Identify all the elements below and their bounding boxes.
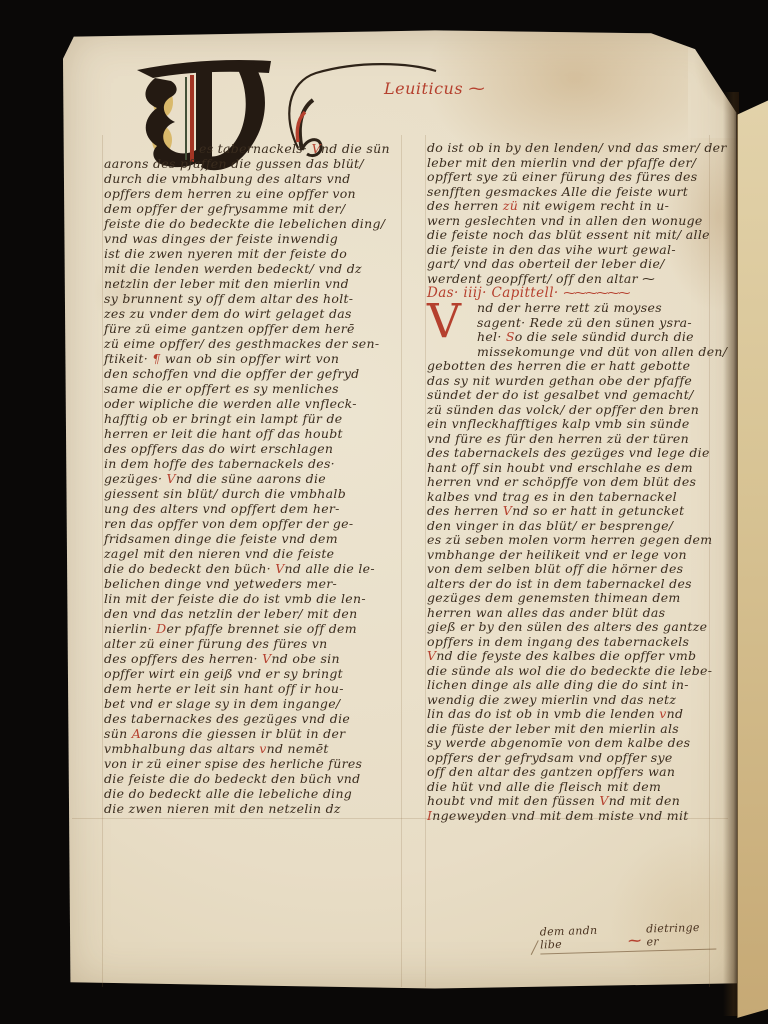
text-line: ung des alters vnd opffert dem her- (104, 501, 402, 516)
text-line: opffert sye zü einer fürung des füres de… (427, 170, 711, 185)
text-line: wendig die zwey mierlin vnd das netz (427, 693, 711, 708)
text-line: oder wipliche die werden alle vnfleck- (104, 396, 402, 411)
text-line: senfften gesmackes Alle die feiste wurt (427, 185, 711, 200)
text-line: gebotten des herren die er hatt gebotte (427, 359, 711, 374)
text-line: vnd füre es für den herren zü der türen (427, 432, 711, 447)
text-line: gezüges· Vnd die süne aarons die (104, 471, 402, 486)
ruling-line-vertical (425, 135, 426, 987)
text-column-right: do ist ob in by den lenden/ vnd das smer… (427, 141, 711, 823)
catchword-red-flourish: ⁓ (628, 934, 642, 949)
text-line: wern geslechten vnd in allen den wonuge (427, 214, 711, 229)
running-title: Leuiticus ⁓ (384, 79, 485, 98)
chapter-rubric: Das· iiij· Capittell· ⁓⁓⁓⁓⁓⁓ (427, 286, 711, 301)
text-line: des herren zü nit ewigem recht in u- (427, 199, 711, 214)
text-line: gart/ vnd das oberteil der leber die/ (427, 257, 711, 272)
text-line: ren das opffer von dem opffer der ge- (104, 516, 402, 531)
column-right-upper: do ist ob in by den lenden/ vnd das smer… (427, 141, 711, 286)
text-line: fridsamen dinge die feiste vnd dem (104, 531, 402, 546)
text-line: die zwen nieren mit den netzelin dz (104, 801, 402, 816)
text-line: zü sünden das volck/ der opffer den bren (427, 403, 711, 418)
text-line: lin mit der feiste die do ist vmb die le… (104, 591, 402, 606)
text-line: sün Aarons die giessen ir blüt in der (104, 726, 402, 741)
text-line: feiste die do bedeckte die lebelichen di… (104, 216, 402, 231)
rubricated-letter: V (167, 471, 176, 486)
text-line: missekomunge vnd düt von allen den/ (427, 345, 711, 360)
rubricated-letter: V (427, 648, 436, 663)
text-line: herren wan alles das ander blüt das (427, 606, 711, 621)
ruling-line-vertical (102, 135, 103, 987)
text-line: die füste der leber mit den mierlin als (427, 722, 711, 737)
text-line: werdent geopffert/ off den altar ⁓ (427, 272, 711, 287)
text-line: es tabernackels· Vnd die sün (104, 141, 402, 156)
text-line: sy werde abgenomīe von dem kalbe des (427, 736, 711, 751)
text-line: vmbhange der heilikeit vnd er lege von (427, 548, 711, 563)
text-line: ist die zwen nyeren mit der feiste do (104, 246, 402, 261)
rubricated-letter: A (132, 726, 141, 741)
text-line: opffers in dem ingang des tabernackels (427, 635, 711, 650)
book-gutter-shadow (723, 92, 739, 1016)
text-line: in dem hoffe des tabernackels des· (104, 456, 402, 471)
rubric-flourish: ⁓⁓⁓⁓⁓⁓ (563, 286, 629, 300)
text-line: sy brunnent sy off dem altar des holt- (104, 291, 402, 306)
text-line: des tabernackes des gezüges vnd die (104, 711, 402, 726)
text-line: vnd was dinges der feiste inwendig (104, 231, 402, 246)
chapter-rubric-text: Das· iiij· Capittell· (427, 285, 559, 301)
text-line: den schoffen vnd die opffer der gefryd (104, 366, 402, 381)
photo-backdrop: Leuiticus ⁓ es tabernackels· Vnd die sün… (0, 0, 768, 1024)
rubricated-letter: V (599, 793, 608, 808)
text-line: ein vnfleckhafftiges kalp vmb sin sünde (427, 417, 711, 432)
rubricated-letter: zü (503, 198, 518, 213)
text-line: Vnd die feyste des kalbes die opffer vmb (427, 649, 711, 664)
text-line: nierlin· Der pfaffe brennet sie off dem (104, 621, 402, 636)
text-line: füre zü eime gantzen opffer dem herē (104, 321, 402, 336)
text-line: durch die vmbhalbung des altars vnd (104, 171, 402, 186)
text-line: von ir zü einer spise des herliche füres (104, 756, 402, 771)
text-line: den vnd das netzlin der leber/ mit den (104, 606, 402, 621)
text-line: dem herte er leit sin hant off ir hou- (104, 681, 402, 696)
text-line: von dem selben blüt off die hörner des (427, 562, 711, 577)
text-line: gieß er by den sülen des alters des gant… (427, 620, 711, 635)
text-line: zagel mit den nieren vnd die feiste (104, 546, 402, 561)
text-line: bet vnd er slage sy in dem ingange/ (104, 696, 402, 711)
text-line: kalbes vnd trag es in den tabernackel (427, 490, 711, 505)
catchword: dem andn libe ⁓ dietringe er (540, 922, 717, 955)
text-line: do ist ob in by den lenden/ vnd das smer… (427, 141, 711, 156)
chapter-four-block: V nd der herre rett zü moysessagent· Red… (427, 301, 711, 823)
text-line: giessent sin blüt/ durch die vmbhalb (104, 486, 402, 501)
text-line: des opffers das do wirt erschlagen (104, 441, 402, 456)
text-line: dem opffer der gefrysamme mit der/ (104, 201, 402, 216)
text-line: lin das do ist ob in vmb die lenden vnd (427, 707, 711, 722)
text-line: die do bedeckt den büch· Vnd alle die le… (104, 561, 402, 576)
text-line: houbt vnd mit den füssen Vnd mit den (427, 794, 711, 809)
chapter-initial-V: V (427, 302, 477, 345)
text-line: mit die lenden werden bedeckt/ vnd dz (104, 261, 402, 276)
text-line: ftikeit· ¶ wan ob sin opffer wirt von (104, 351, 402, 366)
column-right-lower: nd der herre rett zü moysessagent· Rede … (427, 301, 711, 823)
rubricated-letter: V (312, 141, 321, 156)
text-line: netzlin der leber mit den mierlin vnd (104, 276, 402, 291)
text-line: same die er opffert es sy menliches (104, 381, 402, 396)
text-line: die do bedeckt alle die lebeliche ding (104, 786, 402, 801)
text-line: des tabernackels des gezüges vnd lege di… (427, 446, 711, 461)
text-line: zü eime opffer/ des gesthmackes der sen- (104, 336, 402, 351)
text-line: Ingeweyden vnd mit dem miste vnd mit (427, 809, 711, 824)
text-line: opffer wirt ein geiß vnd er sy bringt (104, 666, 402, 681)
rubricated-letter: ¶ (152, 351, 160, 366)
text-line: zes zu vnder dem do wirt gelaget das (104, 306, 402, 321)
rubricated-letter: V (275, 561, 284, 576)
text-column-left: es tabernackels· Vnd die sünaarons des p… (104, 141, 402, 816)
catchword-text-right: dietringe er (646, 921, 716, 949)
text-line: off den altar des gantzen opffers wan (427, 765, 711, 780)
rubricated-letter: V (503, 503, 512, 518)
text-line: alters der do ist in dem tabernackel des (427, 577, 711, 592)
text-line: die sünde als wol die do bedeckte die le… (427, 664, 711, 679)
text-line: das sy nit wurden gethan obe der pfaffe (427, 374, 711, 389)
rubricated-letter: v (259, 741, 266, 756)
text-line: die hüt vnd alle die fleisch mit dem (427, 780, 711, 795)
text-line: sündet der do ist gesalbet vnd gemacht/ (427, 388, 711, 403)
rubricated-letter: D (156, 621, 166, 636)
text-line: des opffers des herren· Vnd obe sin (104, 651, 402, 666)
text-line: leber mit den mierlin vnd der pfaffe der… (427, 156, 711, 171)
text-line: gezüges dem genemsten thimean dem (427, 591, 711, 606)
text-line: vmbhalbung das altars vnd nemēt (104, 741, 402, 756)
text-line: des herren Vnd so er hatt in getuncket (427, 504, 711, 519)
text-line: herren er leit die hant off das houbt (104, 426, 402, 441)
rubricated-letter: v (659, 706, 666, 721)
text-line: hant off sin houbt vnd erschlahe es dem (427, 461, 711, 476)
text-line: den vinger in das blüt/ er besprenge/ (427, 519, 711, 534)
text-line: es zü seben molen vorm herren gegen dem (427, 533, 711, 548)
text-line: alter zü einer fürung des füres vn (104, 636, 402, 651)
text-line: die feiste noch das blüt essent nit mit/… (427, 228, 711, 243)
text-line: die feiste in den das vihe wurt gewal- (427, 243, 711, 258)
text-line: herren vnd er schöpffe von dem blüt des (427, 475, 711, 490)
text-line: belichen dinge vnd yetweders mer- (104, 576, 402, 591)
rubricated-letter: I (427, 808, 432, 823)
text-line: opffers der gefrydsam vnd opffer sye (427, 751, 711, 766)
rubricated-letter: V (262, 651, 271, 666)
rubricated-letter: S (506, 329, 515, 344)
text-line: opffers dem herren zu eine opffer von (104, 186, 402, 201)
text-line: die feiste die do bedeckt den büch vnd (104, 771, 402, 786)
text-line: hafftig ob er bringt ein lampt für de (104, 411, 402, 426)
text-line: lichen dinge als alle ding die do sint i… (427, 678, 711, 693)
text-line: aarons des pfaffen die gussen das blüt/ (104, 156, 402, 171)
catchword-text-left: dem andn libe (540, 923, 624, 951)
facing-page-edge (737, 100, 768, 1018)
